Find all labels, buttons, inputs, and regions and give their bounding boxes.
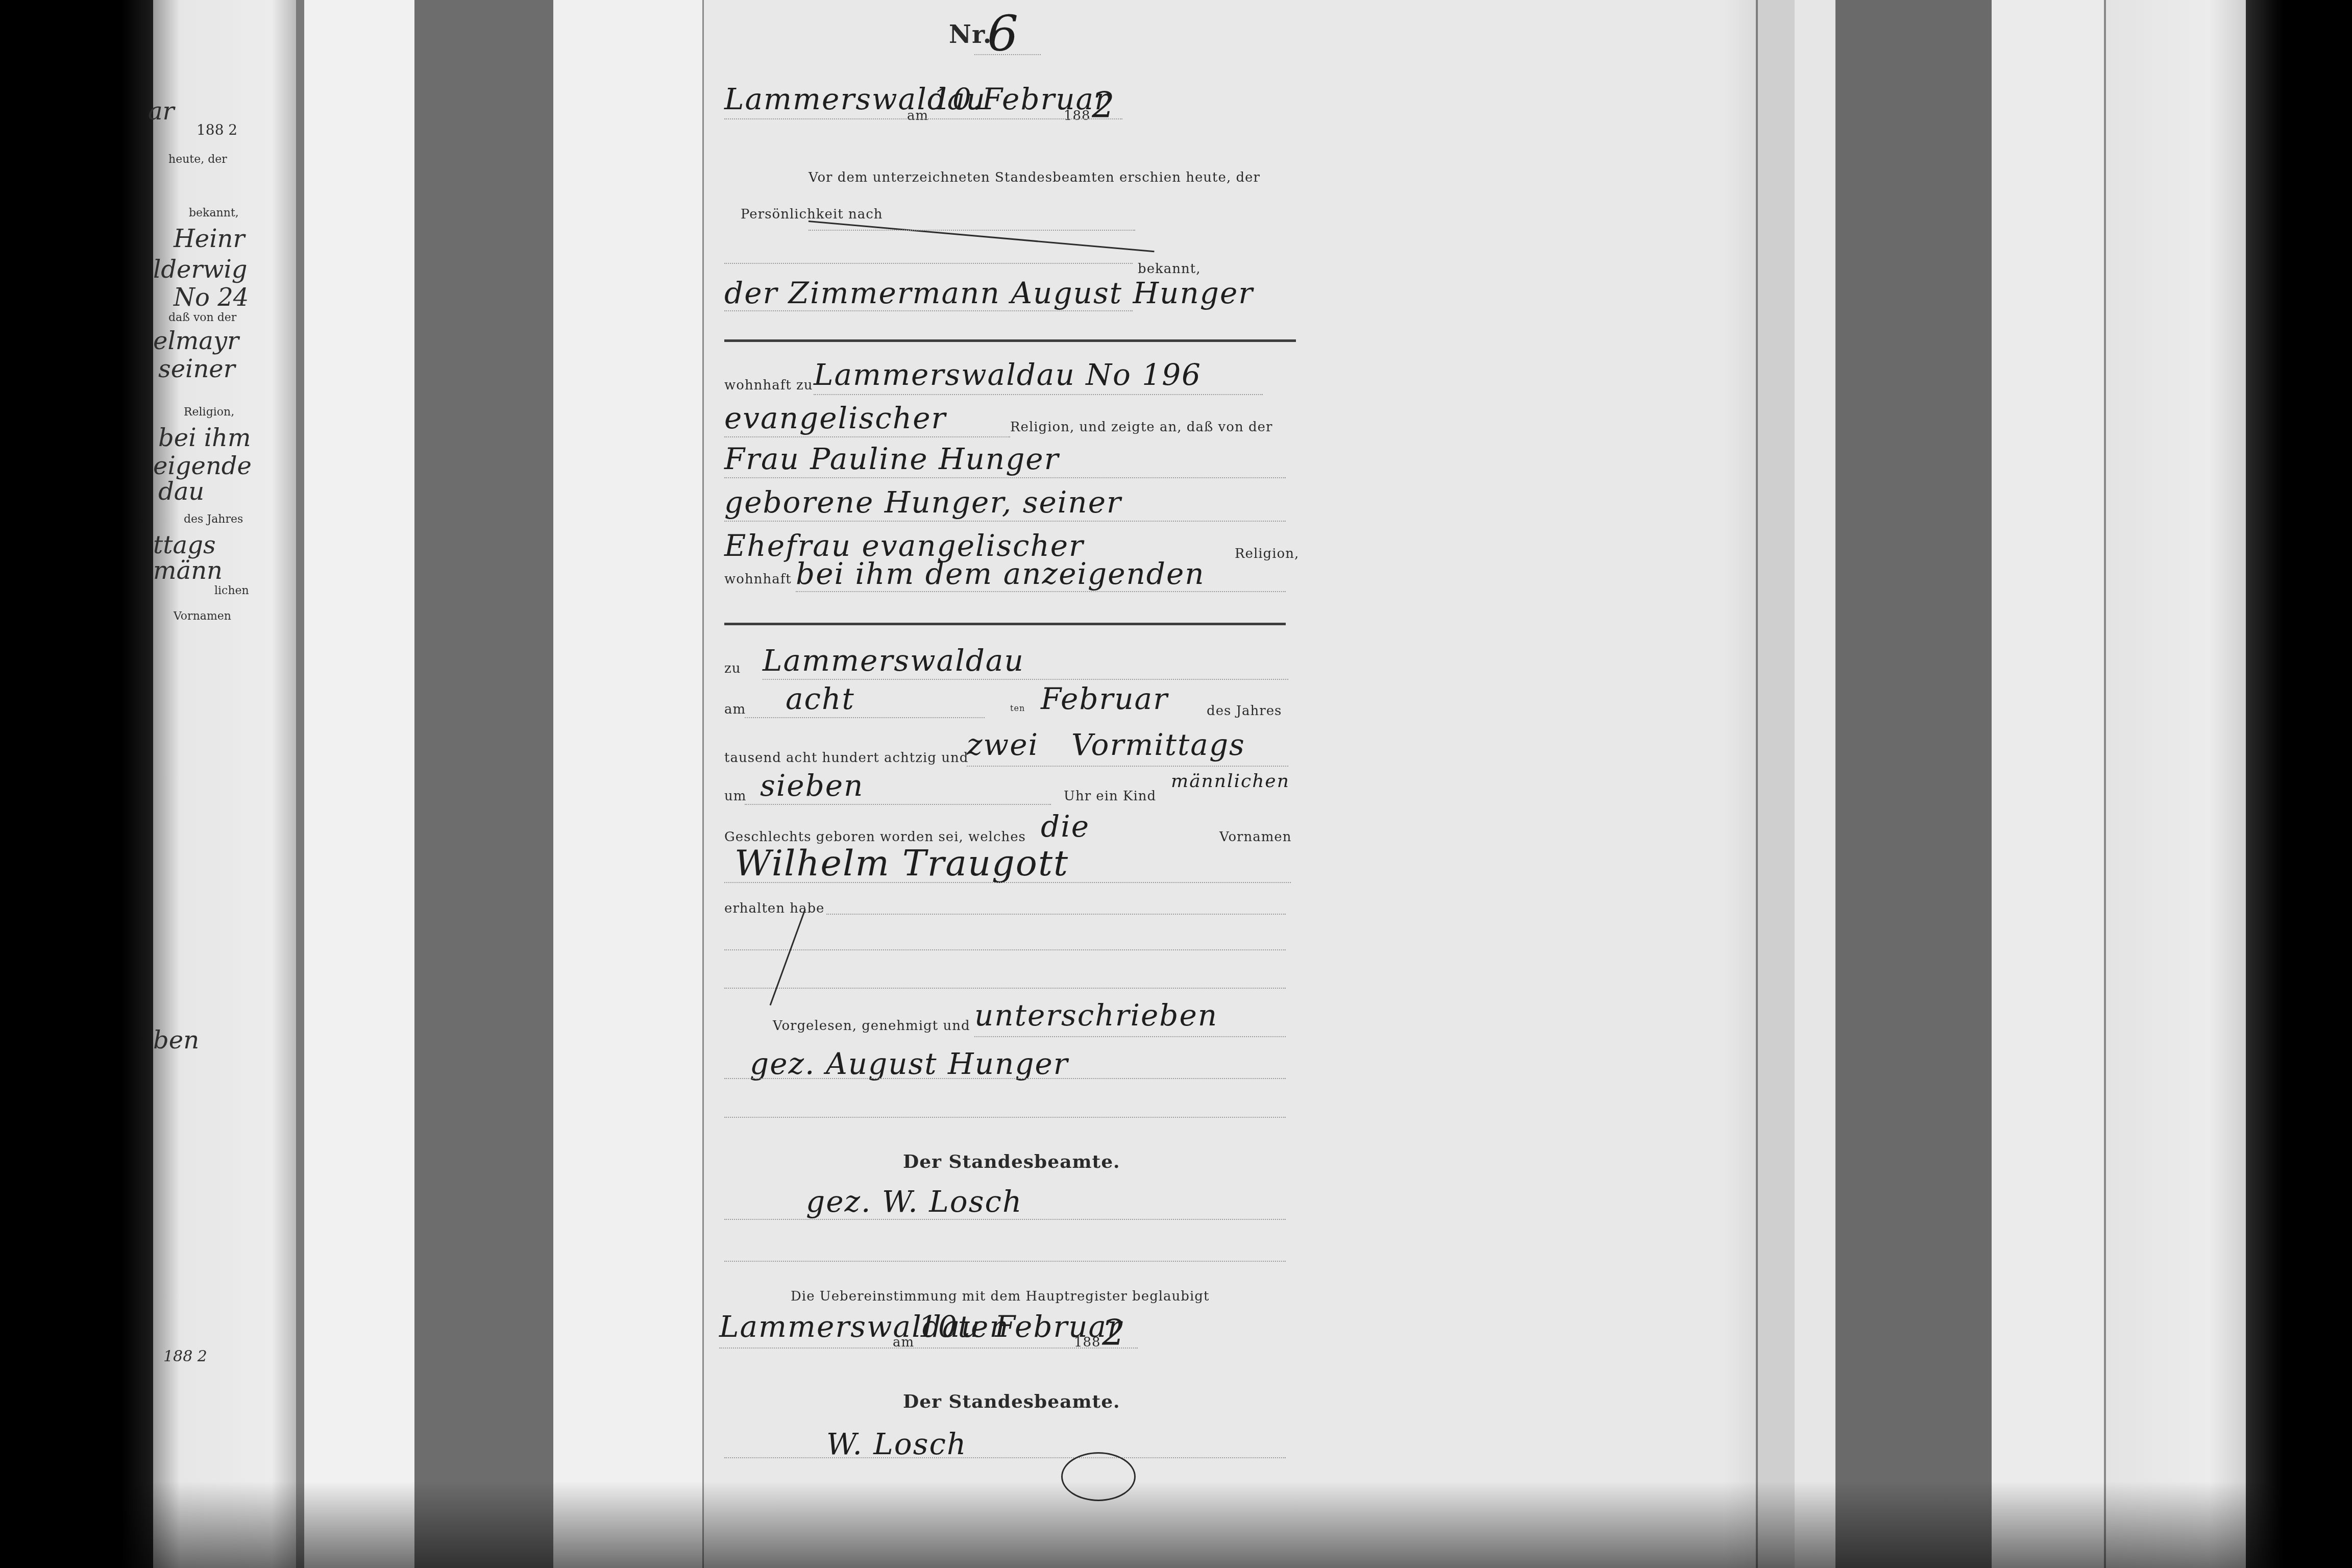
birth-month: Februar (1041, 681, 1168, 716)
informant-residence: Lammerswaldau No 196 (814, 357, 1202, 392)
left-year-bottom: 188 2 (163, 1347, 207, 1365)
left-hand-text: seiner (158, 355, 235, 383)
grey-film-band (414, 0, 553, 1568)
page-edge-strip (553, 0, 702, 1568)
mother-maiden-name: geborene Hunger, seiner (724, 485, 1122, 520)
dotted-rule (745, 804, 1051, 805)
year-printed: tausend acht hundert achtzig und (724, 750, 968, 766)
signature-flourish (1061, 1452, 1136, 1501)
erhalten-habe-label: erhalten habe (724, 901, 825, 916)
mother-name: Frau Pauline Hunger (724, 442, 1059, 476)
vorgelesen-text: Vorgelesen, genehmigt und (773, 1018, 970, 1034)
vornamen-label: Vornamen (1219, 829, 1292, 845)
left-print-text: des Jahres (184, 513, 243, 526)
dotted-rule (724, 1261, 1286, 1262)
strikethrough-stroke (808, 220, 1155, 252)
unterschrieben-hand: unterschrieben (974, 998, 1218, 1033)
page-gutter (296, 0, 304, 1568)
birth-hour: sieben (760, 768, 864, 803)
religion-label: Religion, (1235, 546, 1299, 561)
date-day: 10. (933, 82, 983, 116)
page-edge-strip (2106, 0, 2254, 1568)
dotted-rule (974, 54, 1041, 55)
left-hand-text: dau (158, 477, 204, 506)
left-hand-text: ar (148, 97, 175, 126)
dotted-rule (724, 521, 1286, 522)
dotted-rule (724, 118, 1122, 119)
des-jahres-label: des Jahres (1207, 703, 1282, 719)
dotted-rule (826, 914, 1286, 915)
dotted-rule (974, 1036, 1286, 1037)
left-print-text: Religion, (184, 406, 234, 419)
birth-day: acht (786, 681, 855, 716)
dotted-rule (724, 882, 1291, 883)
year-handwritten: zwei (967, 727, 1039, 762)
left-print-text: bekannt, (189, 207, 239, 219)
um-label: um (724, 789, 746, 804)
left-hand-text: No 24 (174, 283, 249, 312)
year-prefix: 188 (1064, 108, 1091, 124)
page-edge-strip (304, 0, 414, 1568)
child-given-names: Wilhelm Traugott (734, 842, 1069, 884)
dotted-rule (745, 717, 985, 718)
am-label: am (907, 108, 928, 124)
blank-line-slash (770, 909, 806, 1006)
left-print-text: lichen (214, 584, 249, 597)
registrar-title: Der Standesbeamte. (903, 1151, 1120, 1172)
dotted-rule (724, 436, 1010, 437)
hand-die: die (1041, 809, 1090, 844)
registrar-signature-2: W. Losch (826, 1427, 967, 1461)
dotted-rule (796, 591, 1286, 592)
left-year: 188 2 (197, 121, 237, 138)
section-divider (724, 623, 1286, 625)
main-register-page: Nr. 6 Lammerswaldau am 10. Februar 188 2… (702, 0, 1781, 1568)
year-suffix: 2 (1092, 84, 1116, 126)
am-label: am (724, 702, 746, 717)
religion-printed-text: Religion, und zeigte an, daß von der (1010, 420, 1272, 435)
page-edge-strip (1756, 0, 1797, 1568)
dotted-rule (724, 1117, 1286, 1118)
registrar-signature: gez. W. Losch (806, 1184, 1022, 1219)
dotted-rule (724, 949, 1286, 950)
left-hand-text: bei ihm (158, 424, 251, 452)
mother-residence: bei ihm dem anzeigenden (796, 556, 1205, 591)
film-border-left (0, 0, 168, 1568)
dotted-rule (814, 394, 1263, 395)
uhr-kind-text: Uhr ein Kind (1064, 789, 1156, 804)
left-hand-text: männ (153, 556, 223, 585)
dotted-rule (724, 1457, 1286, 1458)
record-number-label: Nr. (949, 20, 992, 49)
dotted-rule (724, 1078, 1286, 1079)
left-page-fragment: ar 188 2 heute, der bekannt, Heinr lderw… (153, 0, 301, 1568)
intro-printed-text: Vor dem unterzeichneten Standesbeamten e… (808, 170, 1260, 185)
informant-religion: evangelischer (724, 401, 946, 435)
informant-name: der Zimmermann August Hunger (724, 276, 1254, 310)
wohnhaft-label: wohnhaft zu (724, 378, 813, 393)
dotted-rule (724, 477, 1286, 478)
grey-film-band (1835, 0, 1992, 1568)
mother-wohnhaft-label: wohnhaft (724, 572, 792, 587)
dotted-rule (719, 1347, 1138, 1349)
ten-label: ten (1010, 703, 1025, 713)
page-edge-strip (1795, 0, 1835, 1568)
zu-label: zu (724, 661, 741, 676)
dotted-rule (724, 988, 1286, 989)
birth-place: Lammerswaldau (763, 643, 1024, 678)
left-print-text: heute, der (168, 153, 227, 166)
dotted-rule (967, 766, 1288, 767)
left-print-text: Vornamen (174, 610, 231, 623)
dotted-rule (724, 310, 1133, 311)
bekannt-label: bekannt, (1138, 261, 1201, 277)
dotted-rule (763, 679, 1288, 680)
dotted-rule (808, 230, 1135, 231)
section-divider (724, 339, 1296, 342)
informant-signature: gez. August Hunger (750, 1046, 1069, 1081)
time-of-day: Vormittags (1071, 727, 1245, 762)
left-print-text: daß von der (168, 311, 236, 324)
page-edge-strip (1992, 0, 2104, 1568)
left-hand-text: ben (153, 1026, 199, 1055)
child-sex: männlichen (1171, 771, 1290, 792)
left-hand-text: eigende (153, 452, 252, 480)
dotted-rule (724, 1219, 1286, 1220)
registrar-title-2: Der Standesbeamte. (903, 1391, 1120, 1412)
left-hand-text: elmayr (153, 327, 239, 355)
left-hand-text: lderwig (153, 255, 248, 284)
persoenlichkeit-label: Persönlichkeit nach (741, 207, 883, 222)
dotted-rule (724, 263, 1133, 264)
left-hand-text: ttags (153, 531, 216, 559)
left-hand-text: Heinr (174, 225, 244, 253)
certification-text: Die Uebereinstimmung mit dem Hauptregist… (791, 1289, 1209, 1304)
film-border-right (2246, 0, 2352, 1568)
